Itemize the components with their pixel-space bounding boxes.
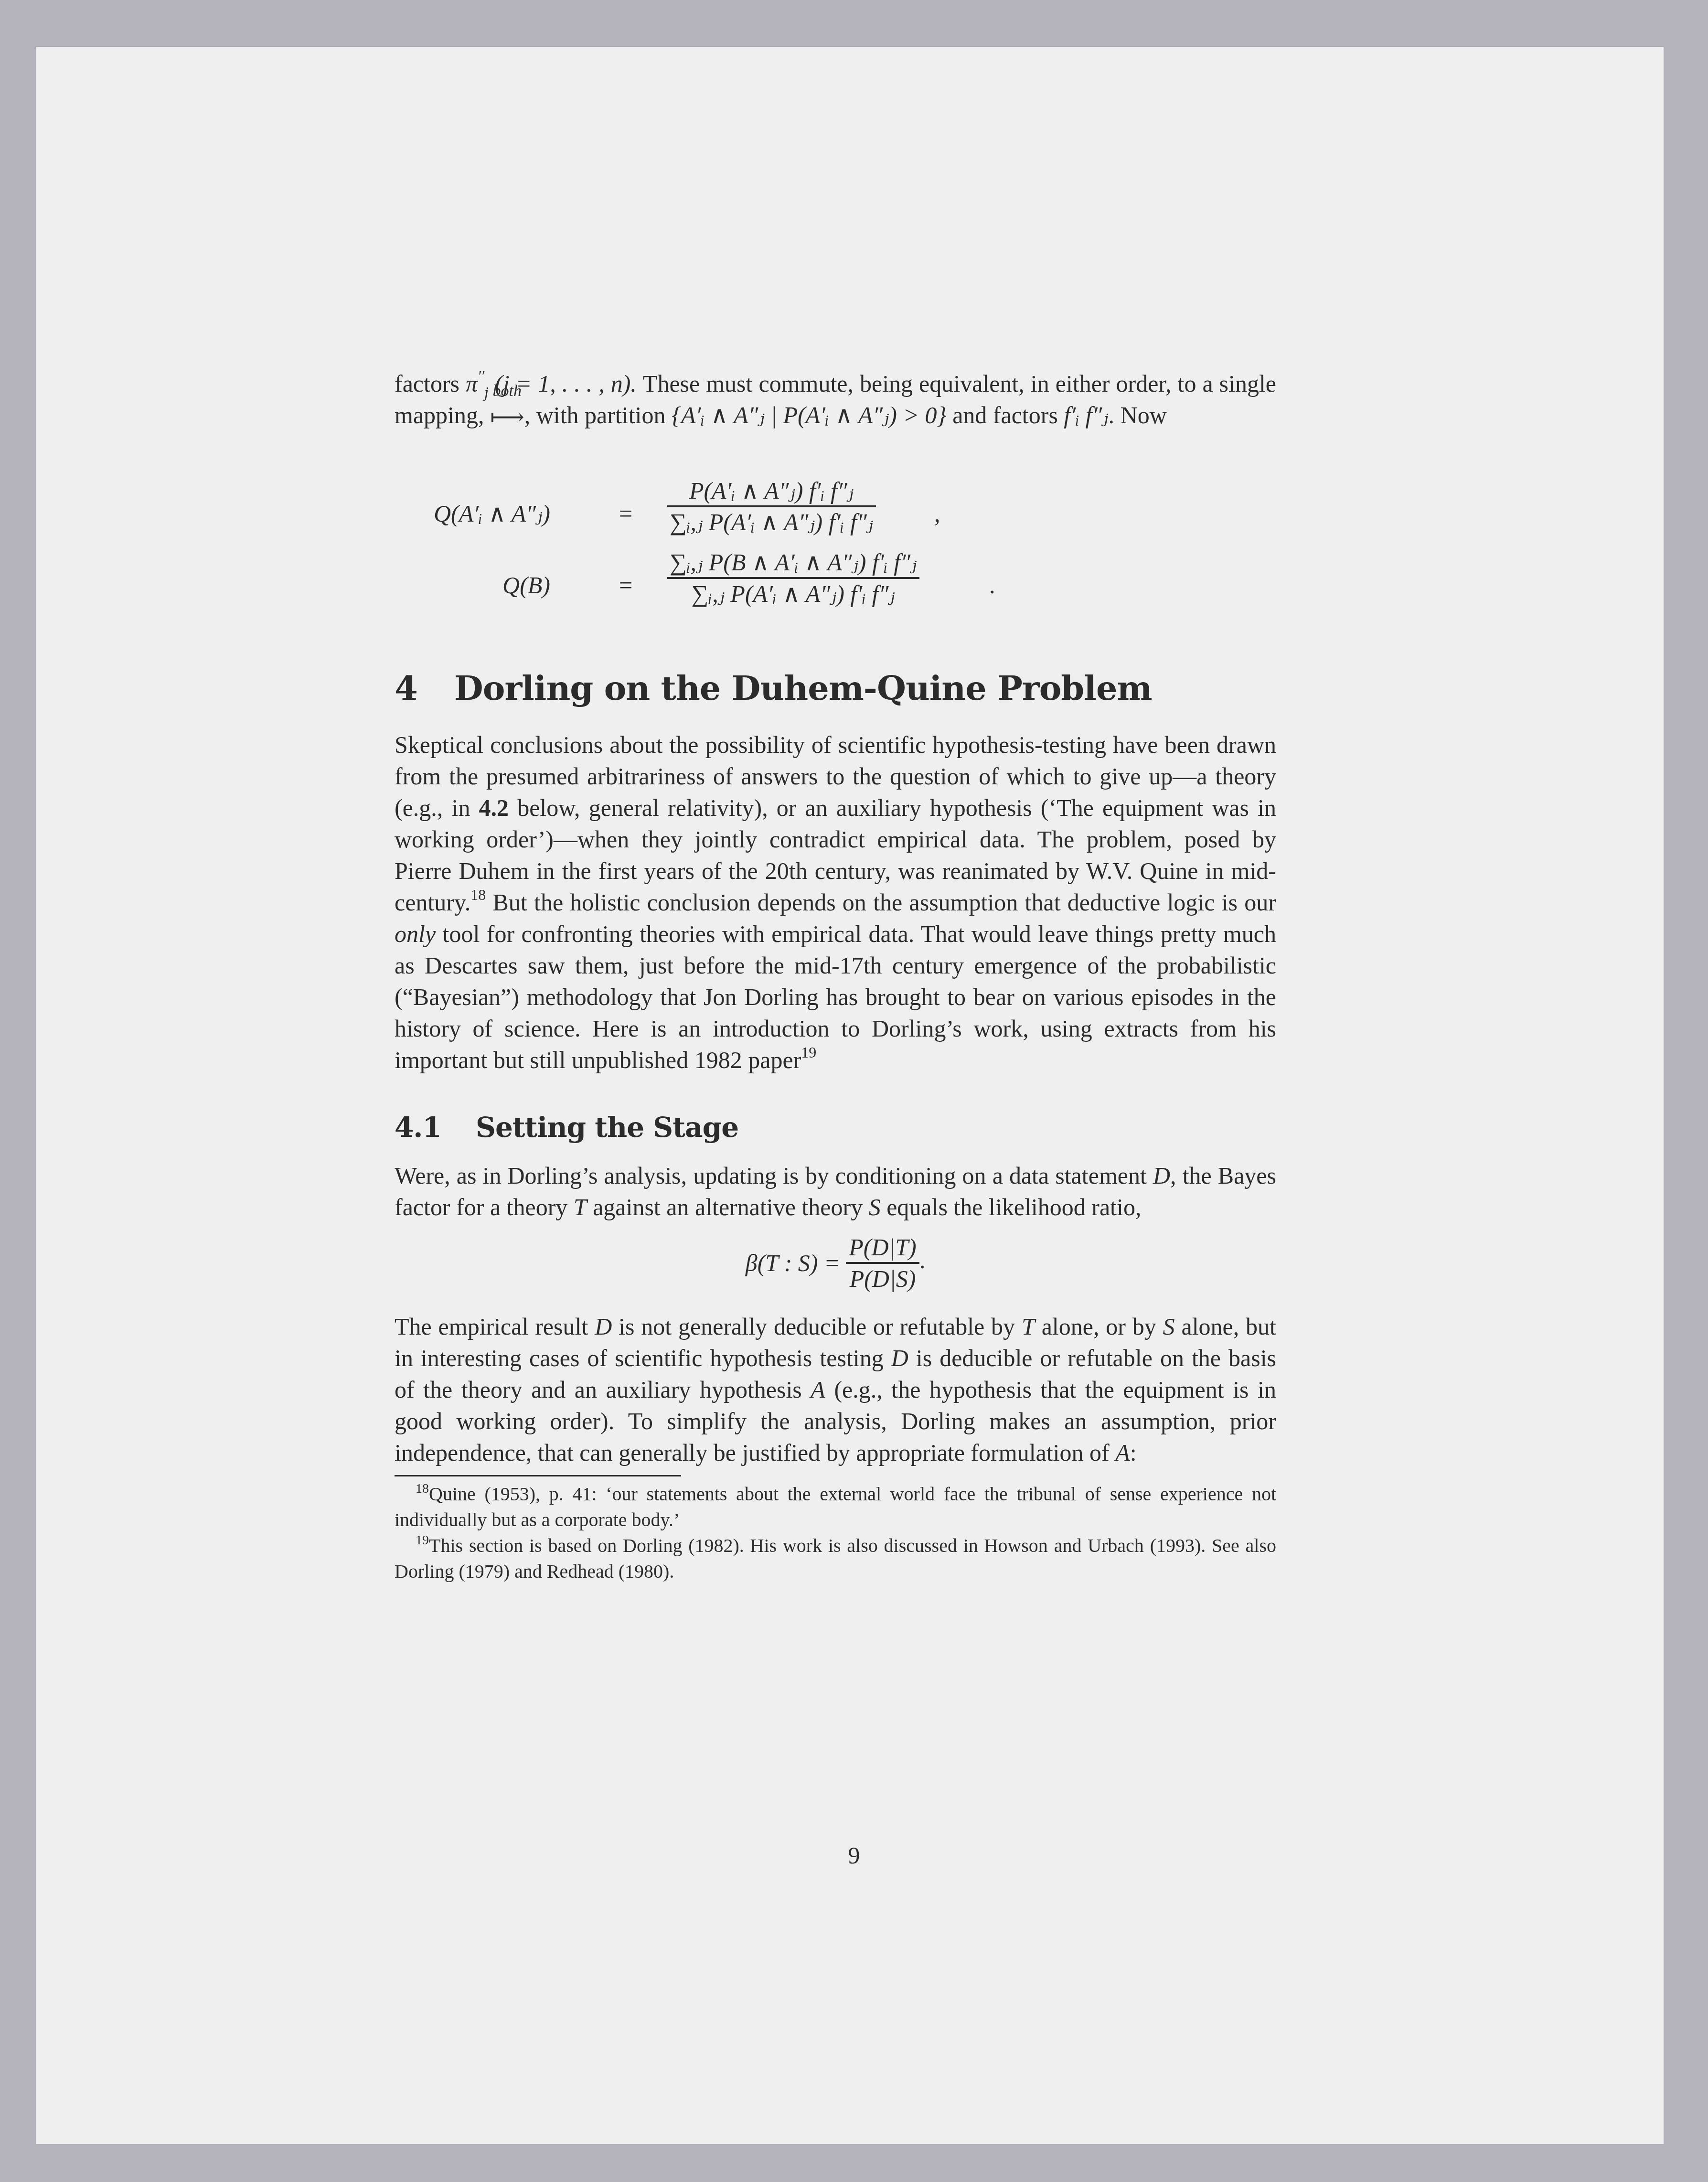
intro-text: . Now [1109, 402, 1167, 428]
equation-lhs: Q(A′ᵢ ∧ A″ⱼ) [434, 498, 550, 529]
denominator: ∑ᵢ,ⱼ P(A′ᵢ ∧ A″ⱼ) f′ᵢ f″ⱼ [667, 505, 876, 537]
equation-lhs: Q(B) [502, 569, 550, 601]
text-column: factors π′′j (j = 1, . . . , n). These m… [395, 368, 1276, 1584]
punctuation: . [919, 1247, 926, 1273]
fraction: P(D|T) P(D|S) [846, 1232, 919, 1294]
equals-sign: = [619, 498, 632, 529]
bayes-factor-equation: β(T : S) = P(D|T) P(D|S) . [395, 1232, 1276, 1304]
subsection-number: 4.1 [395, 1109, 476, 1145]
section-ref-link[interactable]: 4.2 [479, 794, 509, 821]
factors-expr: f′ᵢ f″ⱼ [1064, 402, 1108, 428]
equation-lhs: β(T : S) = [746, 1247, 840, 1279]
punctuation: , [934, 498, 940, 529]
footnote-18: 18Quine (1953), p. 41: ‘our statements a… [395, 1481, 1276, 1533]
footnote-ref-19[interactable]: 19 [801, 1044, 816, 1061]
pi-symbol: π′′j [466, 370, 489, 397]
page-number: 9 [0, 1841, 1708, 1869]
footnote-mark: 18 [416, 1481, 429, 1496]
footnote-19: 19This section is based on Dorling (1982… [395, 1533, 1276, 1584]
punctuation: . [989, 569, 995, 601]
emphasis: only [395, 920, 436, 947]
equation-q-conjunction: Q(A′ᵢ ∧ A″ⱼ) = P(A′ᵢ ∧ A″ⱼ) f′ᵢ f″ⱼ ∑ᵢ,ⱼ… [395, 476, 1276, 547]
denominator: P(D|S) [846, 1262, 919, 1294]
footnote-rule [395, 1475, 681, 1476]
footnote-mark: 19 [416, 1533, 429, 1548]
section4-paragraph: Skeptical conclusions about the possibil… [395, 729, 1276, 1076]
equals-sign: = [619, 569, 632, 601]
fraction: ∑ᵢ,ⱼ P(B ∧ A′ᵢ ∧ A″ⱼ) f′ᵢ f″ⱼ ∑ᵢ,ⱼ P(A′ᵢ… [667, 547, 919, 609]
intro-text: , with partition [524, 402, 672, 428]
intro-text: factors [395, 370, 466, 397]
numerator: P(D|T) [846, 1232, 919, 1262]
subsection-heading: 4.1Setting the Stage [395, 1109, 1276, 1145]
mapsto-arrow-icon: both⟼ [490, 401, 524, 433]
subsection-title: Setting the Stage [476, 1111, 738, 1144]
footnote-text: This section is based on Dorling (1982).… [395, 1535, 1276, 1582]
section-heading: 4Dorling on the Duhem-Quine Problem [395, 667, 1276, 710]
section41-paragraph-2: The empirical result D is not generally … [395, 1311, 1276, 1468]
footnote-ref-18[interactable]: 18 [470, 886, 486, 903]
equation-array: Q(A′ᵢ ∧ A″ⱼ) = P(A′ᵢ ∧ A″ⱼ) f′ᵢ f″ⱼ ∑ᵢ,ⱼ… [395, 476, 1276, 619]
partition-set: {A′ᵢ ∧ A″ⱼ | P(A′ᵢ ∧ A″ⱼ) > 0} [672, 402, 947, 428]
intro-paragraph: factors π′′j (j = 1, . . . , n). These m… [395, 368, 1276, 433]
equation-q-b: Q(B) = ∑ᵢ,ⱼ P(B ∧ A′ᵢ ∧ A″ⱼ) f′ᵢ f″ⱼ ∑ᵢ,… [395, 547, 1276, 619]
fraction: P(A′ᵢ ∧ A″ⱼ) f′ᵢ f″ⱼ ∑ᵢ,ⱼ P(A′ᵢ ∧ A″ⱼ) f… [667, 476, 876, 537]
numerator: ∑ᵢ,ⱼ P(B ∧ A′ᵢ ∧ A″ⱼ) f′ᵢ f″ⱼ [667, 547, 919, 577]
section41-paragraph-1: Were, as in Dorling’s analysis, updating… [395, 1160, 1276, 1223]
intro-text: and factors [952, 402, 1064, 428]
numerator: P(A′ᵢ ∧ A″ⱼ) f′ᵢ f″ⱼ [667, 476, 876, 505]
section-title: Dorling on the Duhem-Quine Problem [454, 668, 1152, 708]
denominator: ∑ᵢ,ⱼ P(A′ᵢ ∧ A″ⱼ) f′ᵢ f″ⱼ [667, 577, 919, 609]
section-number: 4 [395, 667, 454, 710]
footnote-text: Quine (1953), p. 41: ‘our statements abo… [395, 1483, 1276, 1530]
intro-text: These must commute, being equivalent, in… [643, 370, 1110, 397]
